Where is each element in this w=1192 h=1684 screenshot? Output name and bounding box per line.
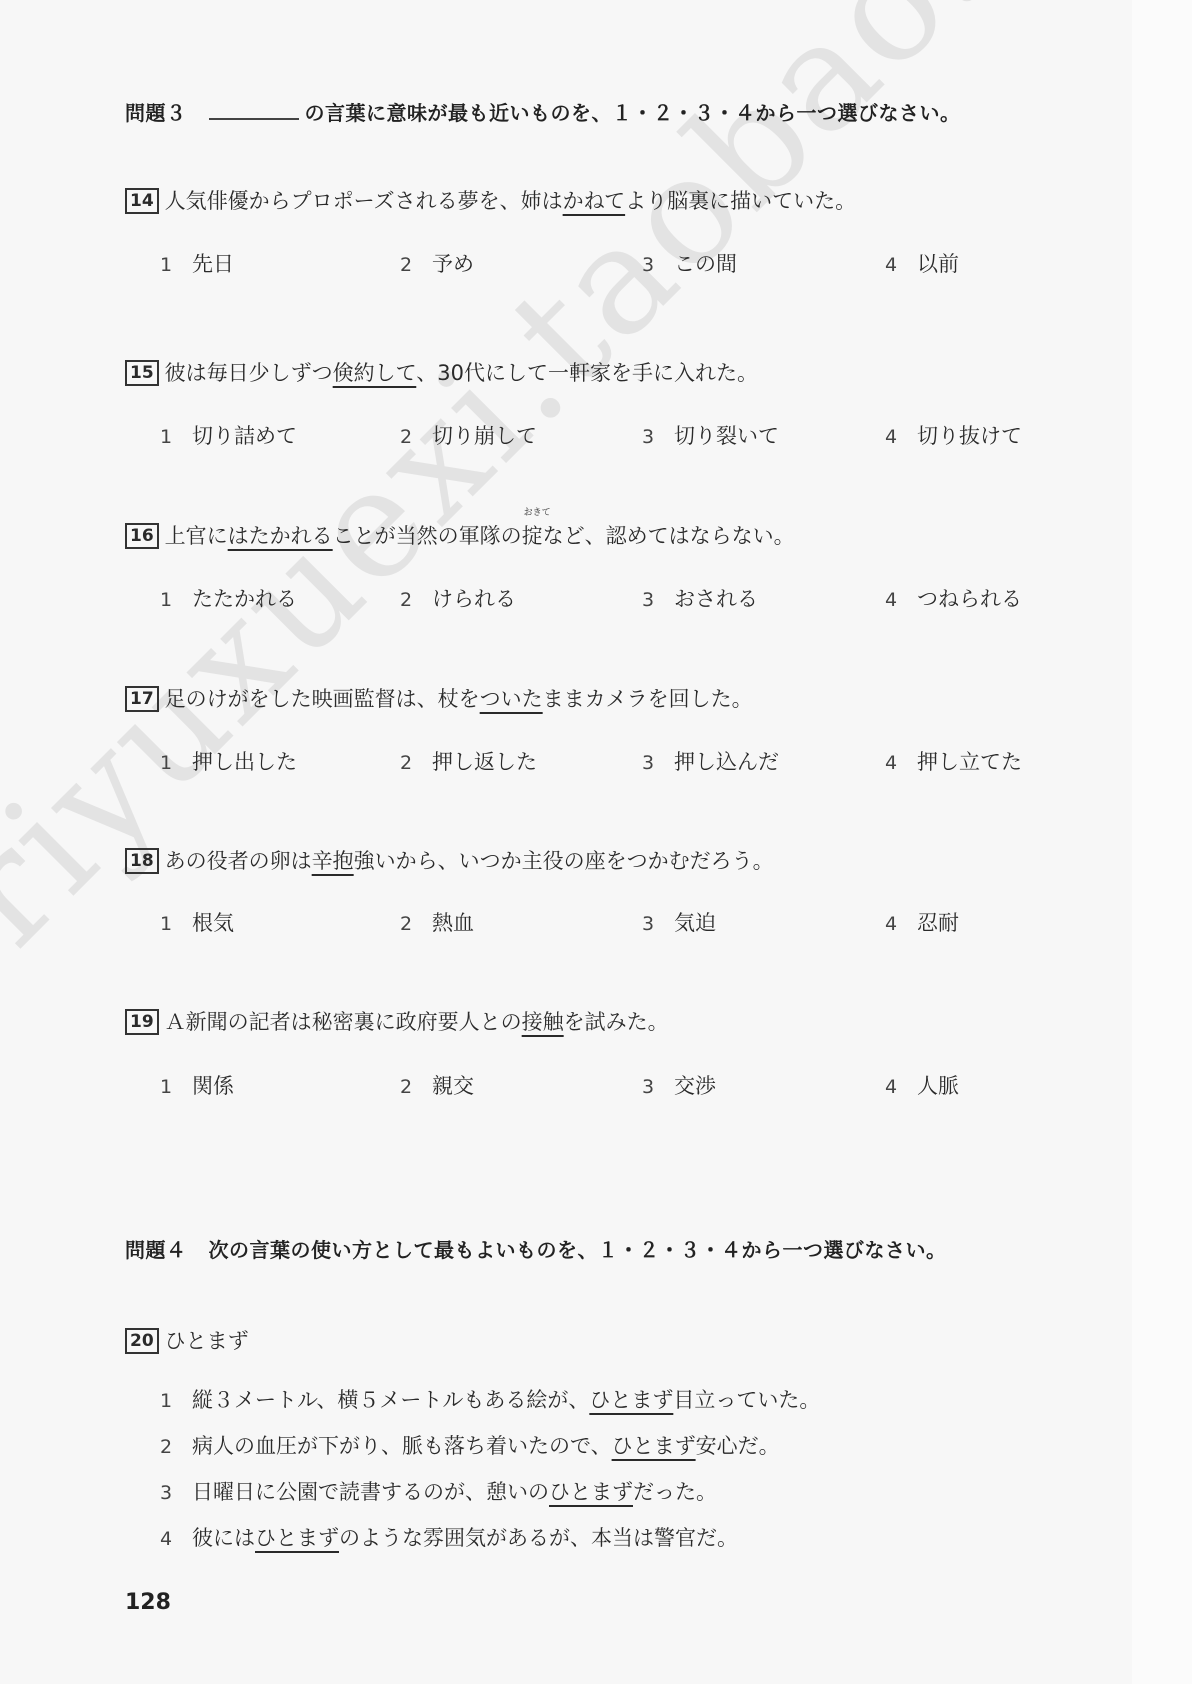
option[interactable]: 4切り抜けて [885,420,1022,450]
section4-label: 問題４ [125,1238,187,1262]
textbook-page: riyuxuexi.taobao.com 問題３の言葉に意味が最も近いものを、１… [0,0,1192,1684]
option[interactable]: 2予め [400,248,474,278]
question-number: 19 [125,1009,159,1035]
option[interactable]: 4押し立てた [885,746,1022,776]
option-text: 人脈 [917,1074,959,1098]
question-17: 17足のけがをした映画監督は、杖をついたままカメラを回した。 [125,683,753,713]
option-text: 縦３メートル、横５メートルもある絵が、 [192,1388,589,1412]
option-number: 3 [642,254,674,276]
option[interactable]: 2けられる [400,583,516,613]
option-text: 予め [432,252,474,276]
option-text: たたかれる [192,587,297,611]
option[interactable]: 2親交 [400,1070,474,1100]
option-number: 4 [885,1076,917,1098]
section4-heading: 問題４次の言葉の使い方として最もよいものを、１・２・３・４から一つ選びなさい。 [125,1234,947,1263]
question-text: など、認めてはならない。 [543,524,795,548]
option[interactable]: 2熱血 [400,907,474,937]
option[interactable]: 3切り裂いて [642,420,779,450]
option-text: 押し立てた [917,750,1022,774]
underlined-word: ついた [480,687,543,711]
option-text: 安心だ。 [696,1434,780,1458]
option-text: おされる [674,587,758,611]
question-20: 20ひとまず [125,1325,249,1355]
question-number: 16 [125,523,159,549]
underlined-word: ひとまず [549,1480,633,1504]
target-word: ひとまず [165,1329,249,1353]
section3-heading: 問題３の言葉に意味が最も近いものを、１・２・３・４から一つ選びなさい。 [125,97,961,126]
usage-option-1[interactable]: 1縦３メートル、横５メートルもある絵が、ひとまず目立っていた。 [160,1384,820,1414]
option[interactable]: 3気迫 [642,907,716,937]
option-text: つねられる [917,587,1022,611]
option[interactable]: 1先日 [160,248,234,278]
watermark: riyuxuexi.taobao.com [0,0,1192,979]
blank-underline [209,100,299,120]
option-text: 先日 [192,252,234,276]
option-text: 親交 [432,1074,474,1098]
question-text: Ａ新聞の記者は秘密裏に政府要人との [165,1010,522,1034]
option-number: 1 [160,254,192,276]
option-text: 以前 [917,252,959,276]
underlined-word: かねて [563,189,625,213]
option-number: 1 [160,1390,192,1412]
question-18: 18あの役者の卵は辛抱強いから、いつか主役の座をつかむだろう。 [125,845,774,875]
option-text: 切り詰めて [192,424,297,448]
option-number: 2 [400,913,432,935]
question-text: 彼は毎日少しずつ [165,361,333,385]
question-16: 16上官にはたかれることが当然の軍隊のおきて掟など、認めてはならない。 [125,520,795,550]
option-text: この間 [674,252,737,276]
option[interactable]: 1切り詰めて [160,420,297,450]
ruby-kanji: おきて掟 [522,520,543,550]
question-text: ままカメラを回した。 [543,687,753,711]
question-text: ことが当然の軍隊の [333,524,522,548]
option-number: 2 [400,589,432,611]
option[interactable]: 1関係 [160,1070,234,1100]
option-text: 忍耐 [917,911,959,935]
option[interactable]: 3押し込んだ [642,746,779,776]
underlined-word: 倹約して [333,361,417,385]
option-number: 2 [400,752,432,774]
option-text: 目立っていた。 [673,1388,820,1412]
option-number: 4 [885,254,917,276]
question-15: 15彼は毎日少しずつ倹約して、30代にして一軒家を手に入れた。 [125,357,758,387]
question-text: より脳裏に描いていた。 [625,189,856,213]
option-number: 2 [400,426,432,448]
question-text: 人気俳優からプロポーズされる夢を、姉は [165,189,563,213]
option-text: 押し出した [192,750,297,774]
section3-label: 問題３ [125,101,187,125]
page-number: 128 [125,1590,171,1615]
question-number: 15 [125,360,159,386]
option-text: 日曜日に公園で読書するのが、憩いの [192,1480,549,1504]
option-number: 4 [885,913,917,935]
option[interactable]: 4つねられる [885,583,1022,613]
option-text: 切り崩して [432,424,537,448]
option-number: 1 [160,589,192,611]
question-text: を試みた。 [564,1010,669,1034]
option-number: 2 [160,1436,192,1458]
option-number: 4 [885,589,917,611]
option[interactable]: 4忍耐 [885,907,959,937]
option-number: 2 [400,254,432,276]
option[interactable]: 2切り崩して [400,420,537,450]
option[interactable]: 3この間 [642,248,737,278]
usage-option-3[interactable]: 3日曜日に公園で読書するのが、憩いのひとまずだった。 [160,1476,717,1506]
underlined-word: 辛抱 [312,849,354,873]
option-number: 1 [160,1076,192,1098]
option[interactable]: 3交渉 [642,1070,716,1100]
option-number: 3 [642,426,674,448]
underlined-word: はたかれる [228,524,333,548]
question-text: 上官に [165,524,228,548]
question-number: 18 [125,848,159,874]
underlined-word: ひとまず [612,1434,696,1458]
option[interactable]: 1根気 [160,907,234,937]
usage-option-2[interactable]: 2病人の血圧が下がり、脈も落ち着いたので、ひとまず安心だ。 [160,1430,780,1460]
option-text: 押し返した [432,750,537,774]
option[interactable]: 1たたかれる [160,583,297,613]
option-number: 1 [160,426,192,448]
option-number: 3 [642,913,674,935]
page-edge [1132,0,1192,1684]
underlined-word: ひとまず [255,1526,339,1550]
section4-instruction: 次の言葉の使い方として最もよいものを、１・２・３・４から一つ選びなさい。 [209,1238,947,1262]
underlined-word: ひとまず [589,1388,673,1412]
option-text: 熱血 [432,911,474,935]
question-text: 足のけがをした映画監督は、杖を [165,687,480,711]
option-number: 1 [160,752,192,774]
option-text: 根気 [192,911,234,935]
option-text: のような雰囲気があるが、本当は警官だ。 [339,1526,738,1550]
option-number: 3 [160,1482,192,1504]
option-text: 彼には [192,1526,255,1550]
option[interactable]: 2押し返した [400,746,537,776]
option[interactable]: 3おされる [642,583,758,613]
option-number: 3 [642,589,674,611]
question-text: 強いから、いつか主役の座をつかむだろう。 [354,849,774,873]
option-number: 1 [160,913,192,935]
underlined-word: 接触 [522,1010,564,1034]
option-text: けられる [432,587,516,611]
furigana: おきて [524,505,551,518]
option-text: 切り抜けて [917,424,1022,448]
question-number: 17 [125,686,159,712]
question-19: 19Ａ新聞の記者は秘密裏に政府要人との接触を試みた。 [125,1006,669,1036]
option-text: 病人の血圧が下がり、脈も落ち着いたので、 [192,1434,612,1458]
option[interactable]: 4人脈 [885,1070,959,1100]
option-text: だった。 [633,1480,717,1504]
question-number: 14 [125,188,159,214]
option-number: 2 [400,1076,432,1098]
section3-instruction: の言葉に意味が最も近いものを、１・２・３・４から一つ選びなさい。 [305,101,961,125]
kanji: 掟 [522,524,543,548]
question-number: 20 [125,1328,159,1354]
usage-option-4[interactable]: 4彼にはひとまずのような雰囲気があるが、本当は警官だ。 [160,1522,738,1552]
option-text: 交渉 [674,1074,716,1098]
question-text: 、30代にして一軒家を手に入れた。 [416,361,758,385]
option-text: 押し込んだ [674,750,779,774]
option-number: 4 [885,426,917,448]
option[interactable]: 4以前 [885,248,959,278]
option-text: 切り裂いて [674,424,779,448]
option-number: 3 [642,752,674,774]
option[interactable]: 1押し出した [160,746,297,776]
question-text: あの役者の卵は [165,849,312,873]
option-text: 関係 [192,1074,234,1098]
option-number: 4 [885,752,917,774]
option-number: 4 [160,1528,192,1550]
option-number: 3 [642,1076,674,1098]
question-14: 14人気俳優からプロポーズされる夢を、姉はかねてより脳裏に描いていた。 [125,185,856,215]
option-text: 気迫 [674,911,716,935]
